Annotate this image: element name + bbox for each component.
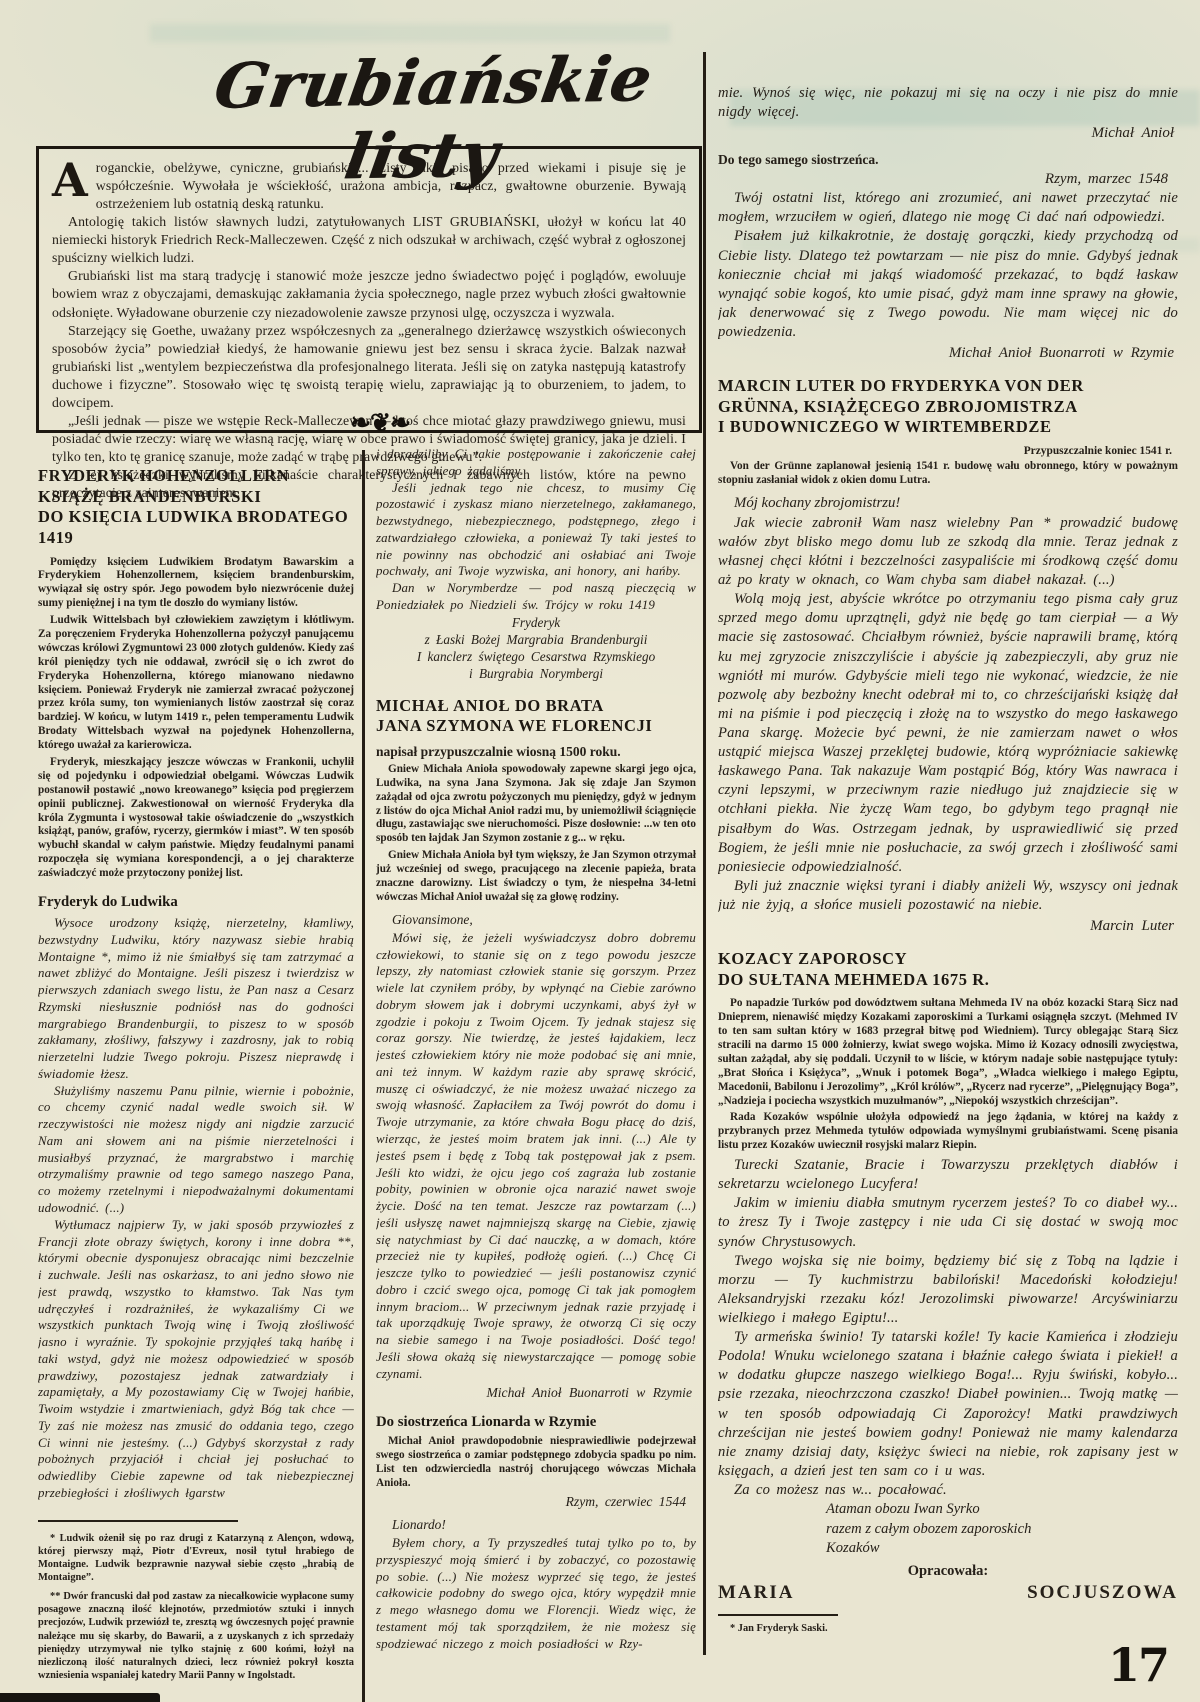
- print-smudge: [0, 1693, 160, 1702]
- letter-paragraph: Byłem chory, a Ty przyszedłeś tutaj tylk…: [376, 1535, 696, 1652]
- column-left: FRYDERYK HOHENZOLLERN KSIĄŻĘ BRANDENBURS…: [38, 452, 354, 1698]
- column-middle: i doradziliby Ci takie postępowanie i za…: [376, 446, 696, 1702]
- letter-paragraph: Pisałem już kilkakrotnie, że dostaję gor…: [718, 227, 1178, 342]
- signature-line: z Łaski Bożej Margrabia Brandenburgii: [376, 632, 696, 648]
- page-title: Grubiańskie listy: [128, 41, 728, 197]
- signature: Michał Anioł Buonarroti w Rzymie: [376, 1385, 692, 1401]
- attribution-line: Ataman obozu Iwan Syrko: [718, 1500, 1178, 1520]
- letter-paragraph: Ty armeńska świnio! Ty tatarski koźle! T…: [718, 1328, 1178, 1481]
- attribution-line: razem z całym obozem zaporoskich: [718, 1520, 1178, 1540]
- letter-paragraph: Jak wiecie zabronił Wam nasz wielebny Pa…: [718, 514, 1178, 590]
- drop-cap: A: [52, 159, 96, 200]
- footnote: * Ludwik ożenił się po raz drugi z Katar…: [38, 1532, 354, 1584]
- section-subline: napisał przypuszczalnie wiosną 1500 roku…: [376, 744, 696, 760]
- page-number: 17: [1108, 1638, 1168, 1692]
- salutation: Giovansimone,: [376, 912, 696, 928]
- column-right: mie. Wynoś się więc, nie pokazuj mi się …: [718, 84, 1178, 1662]
- dateline: Rzym, marzec 1548: [718, 171, 1168, 188]
- editorial-note: Fryderyk, mieszkający jeszcze wówczas w …: [38, 756, 354, 881]
- credit-name: MARIA SOCJUSZOWA: [718, 1582, 1178, 1604]
- letter-paragraph: Wytłumacz najpierw Ty, w jaki sposób prz…: [38, 1217, 354, 1502]
- section-subline: Do tego samego siostrzeńca.: [718, 152, 1178, 168]
- intro-paragraph: Starzejący się Goethe, uważany przez wsp…: [52, 322, 686, 412]
- attribution-line: Kozaków: [718, 1539, 1178, 1559]
- signature-line: i Burgrabia Norymbergi: [376, 666, 696, 682]
- letter-subheading: Fryderyk do Ludwika: [38, 894, 354, 911]
- editorial-note: Rada Kozaków wspólnie ułożyła odpowiedź …: [718, 1111, 1178, 1153]
- section-heading: KOZACY ZAPOROSCY DO SUŁTANA MEHMEDA 1675…: [718, 949, 1178, 990]
- column-divider: [362, 450, 365, 1702]
- editorial-note: Po napadzie Turków pod dowództwem sułtan…: [718, 997, 1178, 1108]
- column-divider: [703, 52, 706, 1655]
- signature: Michał Anioł Buonarroti w Rzymie: [718, 345, 1174, 362]
- intro-paragraph: Antologię takich listów sławnych ludzi, …: [52, 213, 686, 267]
- credit-label: Opracowała:: [718, 1563, 1178, 1580]
- print-bleed-band: [150, 24, 670, 42]
- footnote: ** Dwór francuski dał pod zastaw za niec…: [38, 1590, 354, 1682]
- editorial-note: Ludwik Wittelsbach był człowiekiem zawzi…: [38, 614, 354, 753]
- letter-paragraph: Za co możesz nas w... pocałować.: [718, 1481, 1178, 1500]
- letter-paragraph: mie. Wynoś się więc, nie pokazuj mi się …: [718, 84, 1178, 122]
- letter-paragraph: Jakim w imieniu diabła smutnym rycerzem …: [718, 1194, 1178, 1251]
- signature-line: Fryderyk: [376, 615, 696, 631]
- fleuron-ornament-icon: ❧❦❧: [295, 408, 465, 438]
- letter-paragraph: Twój ostatni list, którego ani zrozumieć…: [718, 189, 1178, 227]
- signature-line: I kanclerz świętego Cesarstwa Rzymskiego: [376, 649, 696, 665]
- letter-paragraph: Wolą moją jest, abyście wkrótce po otrzy…: [718, 590, 1178, 877]
- intro-paragraph: Z tej książeczki wybraliśmy kilkanaście …: [52, 466, 686, 502]
- letter-paragraph: Twego wojska się nie boimy, będziemy bić…: [718, 1252, 1178, 1328]
- dateline: Rzym, czerwiec 1544: [376, 1494, 686, 1510]
- magazine-page: Grubiańskie listy Aroganckie, obelżywe, …: [0, 0, 1200, 1702]
- section-heading: MARCIN LUTER DO FRYDERYKA VON DER GRÜNNA…: [718, 376, 1178, 438]
- signature: Michał Anioł: [718, 125, 1174, 142]
- letter-paragraph: Służyliśmy naszemu Panu pilnie, wiernie …: [38, 1083, 354, 1217]
- letter-subheading: Do siostrzeńca Lionarda w Rzymie: [376, 1414, 696, 1431]
- letter-paragraph: Wysoce urodzony książę, nierzetelny, kła…: [38, 915, 354, 1083]
- footnote-rule: [718, 1614, 838, 1616]
- letter-paragraph: Dan w Norymberdze — pod naszą pieczęcią …: [376, 580, 696, 614]
- editorial-note: Michał Anioł prawdopodobnie niesprawiedl…: [376, 1435, 696, 1491]
- letter-paragraph: Byli już znacznie więksi tyrani i diabły…: [718, 877, 1178, 915]
- intro-paragraph: Grubiański list ma starą tradycję i stan…: [52, 267, 686, 321]
- intro-paragraphs: Aroganckie, obelżywe, cyniczne, grubiańs…: [52, 159, 686, 502]
- editorial-note: Gniew Michała Anioła spowodowały zapewne…: [376, 763, 696, 846]
- editorial-note: Gniew Michała Anioła był tym większy, że…: [376, 849, 696, 905]
- letter-paragraph: Mówi się, że jeżeli wyświadczysz dobro d…: [376, 930, 696, 1383]
- salutation: Mój kochany zbrojomistrzu!: [718, 495, 1178, 512]
- editorial-note: Pomiędzy księciem Ludwikiem Brodatym Baw…: [38, 556, 354, 612]
- section-heading: MICHAŁ ANIOŁ DO BRATA JANA SZYMONA WE FL…: [376, 696, 696, 737]
- signature: Marcin Luter: [718, 918, 1174, 935]
- salutation: Lionardo!: [376, 1517, 696, 1533]
- editorial-dateline: Przypuszczalnie koniec 1541 r.: [718, 445, 1172, 457]
- footnote-rule: [38, 1520, 238, 1522]
- letter-paragraph: Turecki Szatanie, Bracie i Towarzyszu pr…: [718, 1156, 1178, 1194]
- footnote: * Jan Fryderyk Saski.: [718, 1622, 1178, 1635]
- editorial-note: Von der Grünne zaplanował jesienią 1541 …: [718, 460, 1178, 488]
